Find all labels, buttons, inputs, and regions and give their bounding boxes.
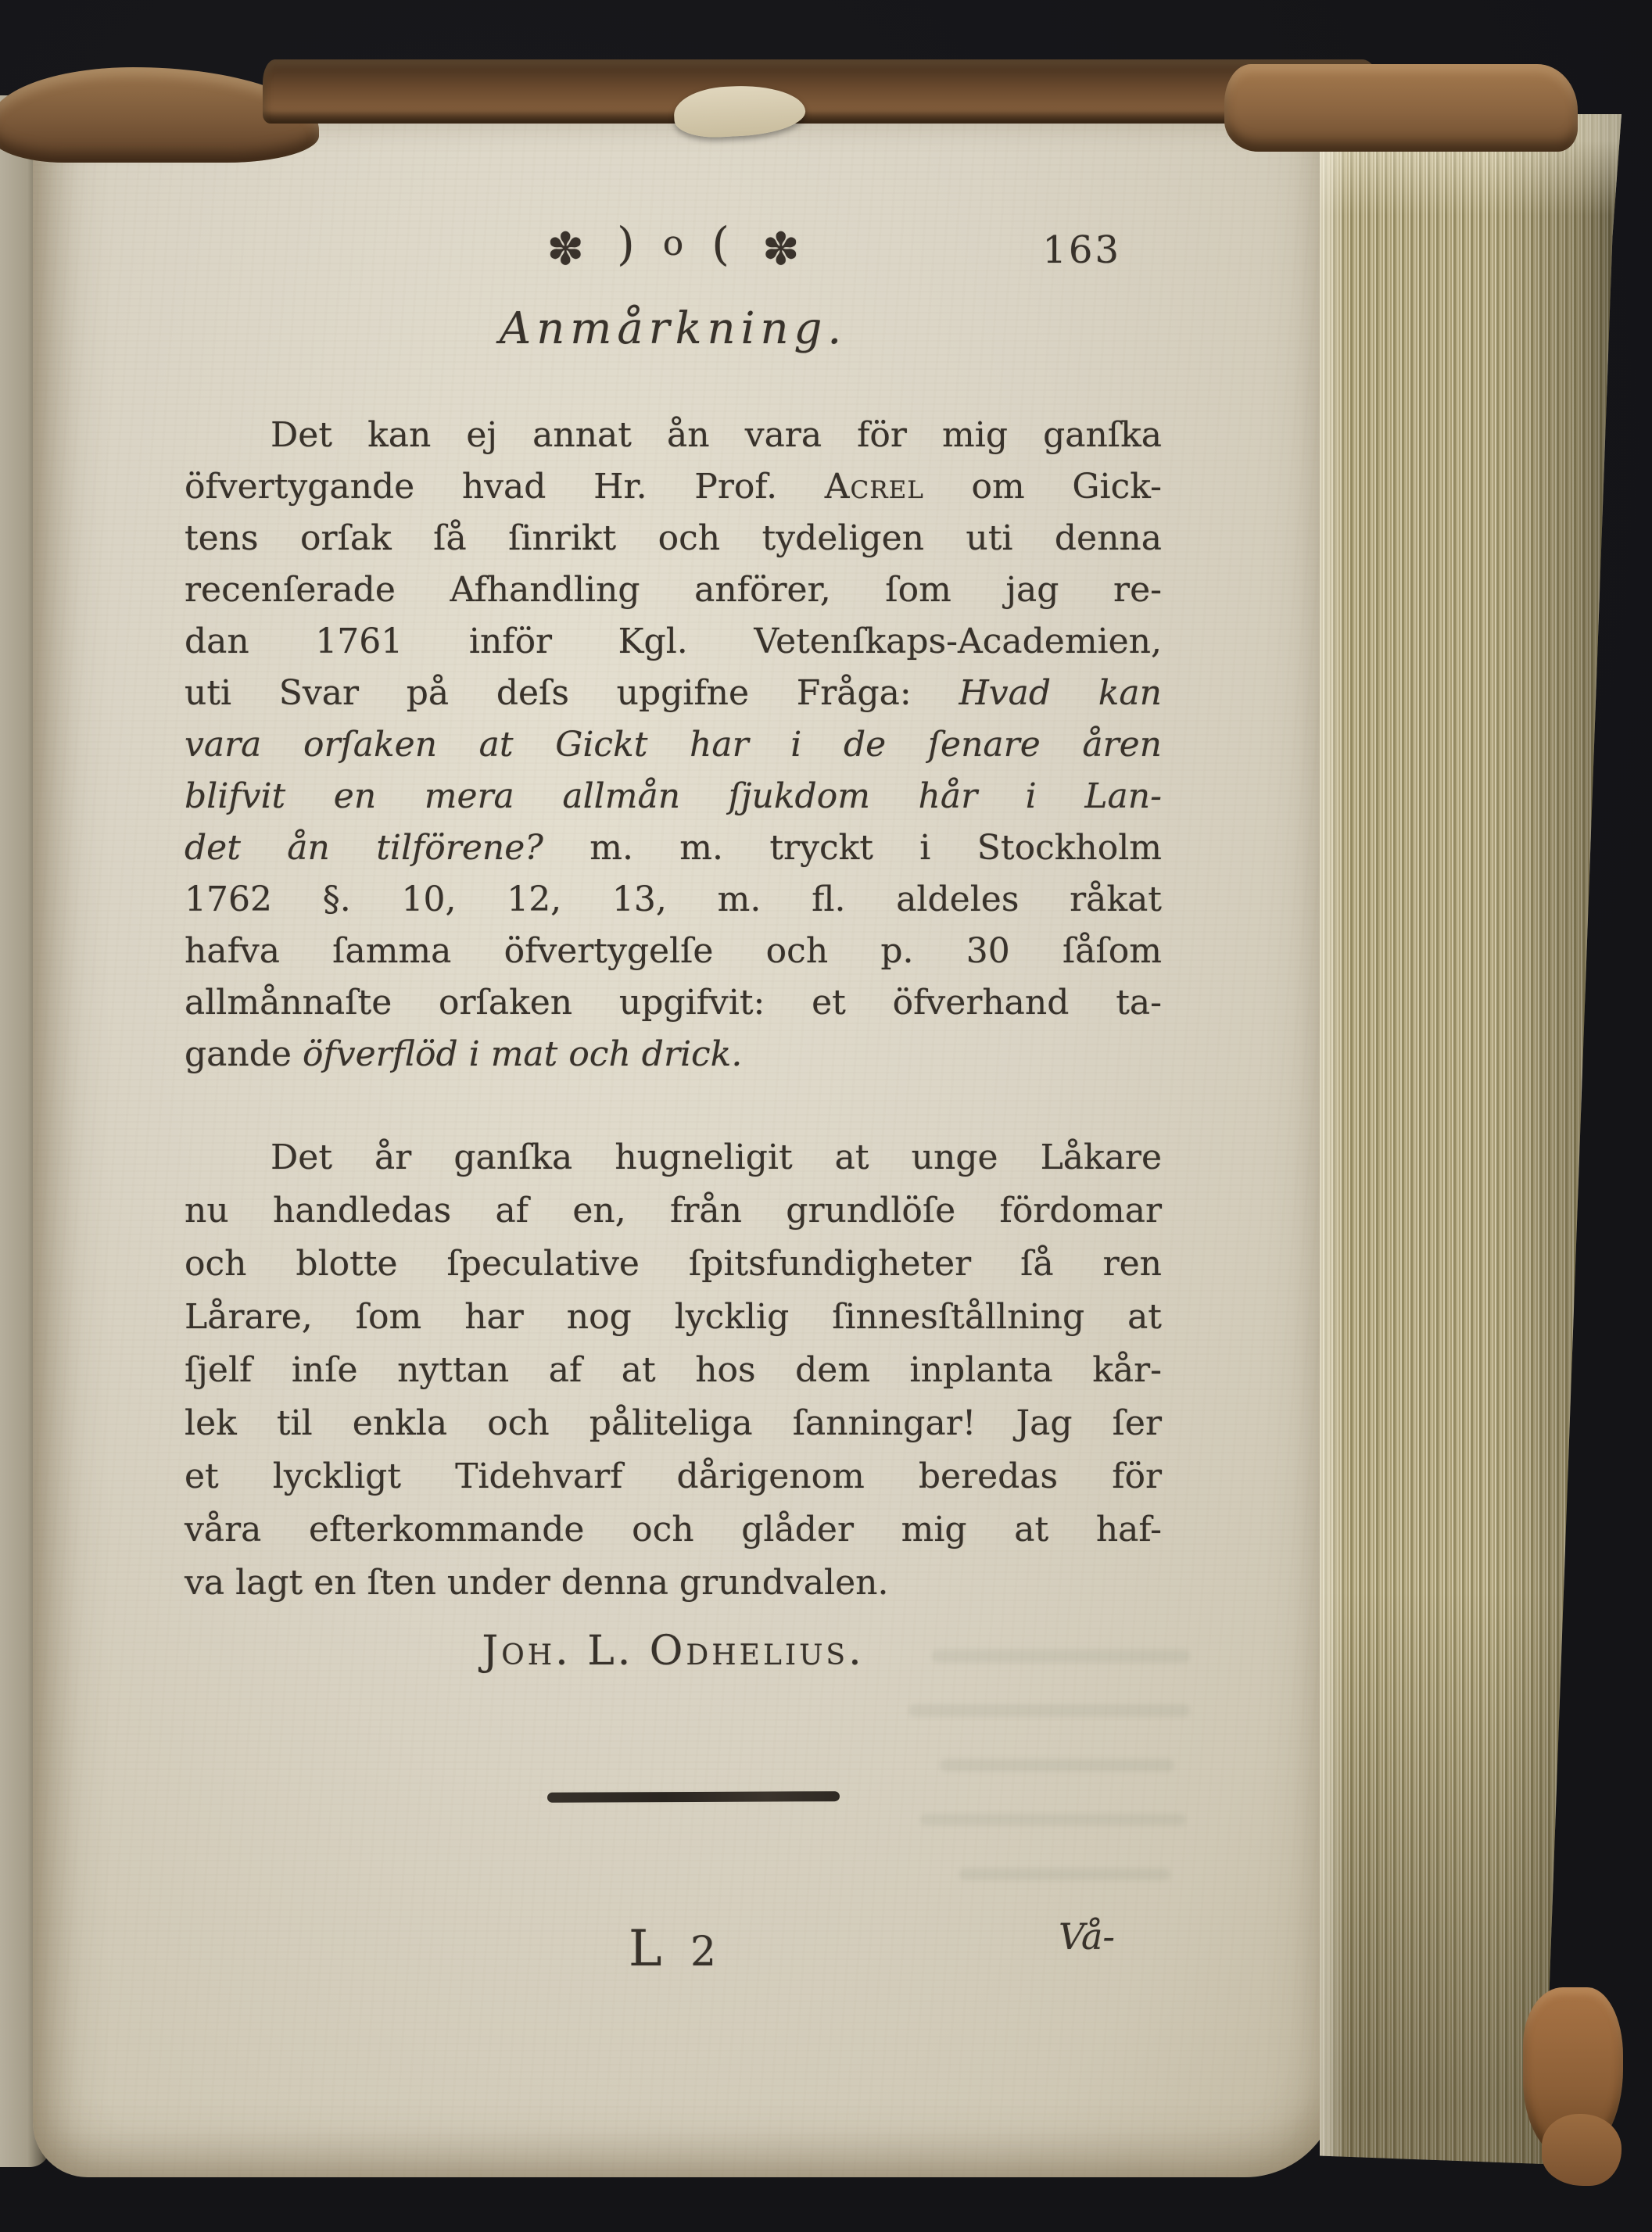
text-line: tens orſak ſå ſinrikt och tydeligen uti …	[185, 513, 1162, 564]
ornament-open-paren: )	[617, 217, 635, 270]
text-line: öfvertygande hvad Hr. Prof. Acrel om Gic…	[185, 461, 1162, 513]
section-heading: Anmårkning.	[185, 303, 1162, 354]
text-segment: våra efterkommande och glåder mig at haf…	[185, 1510, 1162, 1550]
text-segment: öfvertygande hvad Hr. Prof.	[185, 467, 825, 507]
fore-edge-page-stack	[1320, 114, 1622, 2164]
text-line: vara orſaken at Gickt har i de ſenare år…	[185, 719, 1162, 771]
text-segment: Lårare, ſom har nog lycklig ſinnesſtålln…	[185, 1297, 1162, 1337]
page-number: 163	[1042, 228, 1121, 272]
text-segment: hafva ſamma öfvertygelſe och p. 30 ſåſom	[185, 931, 1162, 971]
text-line: Det år ganſka hugneligit at unge Låkare	[185, 1131, 1162, 1184]
text-line: ſjelf inſe nyttan af at hos dem inplanta…	[185, 1344, 1162, 1397]
text-segment: det ån tilförene?	[185, 828, 589, 868]
text-segment: och blotte ſpeculative ſpitsfundigheter …	[185, 1244, 1162, 1284]
text-line: dan 1761 inför Kgl. Vetenſkaps-Academien…	[185, 616, 1162, 668]
text-segment: Hvad kan	[959, 673, 1162, 713]
text-segment: vara orſaken at Gickt har i de ſenare år…	[185, 725, 1162, 765]
text-line: lek til enkla och påliteliga ſanningar! …	[185, 1397, 1162, 1450]
text-segment: allmånnaſte orſaken upgifvit: et öfverha…	[185, 983, 1162, 1023]
text-segment: blifvit en mera allmån ſjukdom hår i Lan…	[185, 776, 1162, 816]
text-line: nu handledas af en, från grundlöſe fördo…	[185, 1184, 1162, 1238]
text-segment: m. m. tryckt i Stockholm	[589, 828, 1162, 868]
text-segment: gande	[185, 1034, 303, 1074]
text-segment: öfverflöd i mat och drick.	[303, 1034, 742, 1074]
ornament-close-paren: (	[711, 217, 729, 270]
leather-binding-top-right	[1224, 64, 1578, 152]
header-ornament: ✽)o(✽	[185, 219, 1162, 272]
text-segment: Det år ganſka hugneligit at unge Låkare	[271, 1137, 1162, 1177]
text-line: recenſerade Afhandling anförer, ſom jag …	[185, 564, 1162, 616]
text-segment: uti Svar på deſs upgifne Fråga:	[185, 673, 959, 713]
text-segment: et lyckligt Tidehvarf dårigenom beredas …	[185, 1456, 1162, 1496]
text-segment: om Gick-	[924, 467, 1162, 507]
gathering-signature-mark: L 2	[629, 1920, 724, 1978]
text-line: Det kan ej annat ån vara för mig ganſka	[185, 410, 1162, 461]
text-segment: tens orſak ſå ſinrikt och tydeligen uti …	[185, 518, 1162, 558]
text-line: va lagt en ſten under denna grundvalen.	[185, 1557, 1162, 1610]
author-signature: Joh. L. Odhelius.	[185, 1628, 1162, 1675]
photo-black-backdrop: { "colors": { "backdrop": "#141417", "pa…	[0, 0, 1652, 2232]
text-segment: lek til enkla och påliteliga ſanningar! …	[185, 1403, 1162, 1443]
text-line: gande öfverflöd i mat och drick.	[185, 1029, 1162, 1080]
text-line: Lårare, ſom har nog lycklig ſinnesſtålln…	[185, 1291, 1162, 1344]
text-segment: nu handledas af en, från grundlöſe fördo…	[185, 1191, 1162, 1231]
text-segment: recenſerade Afhandling anförer, ſom jag …	[185, 570, 1162, 610]
ornament-circle: o	[663, 224, 684, 263]
ornament-asterisk-left: ✽	[546, 224, 584, 275]
text-line: uti Svar på deſs upgifne Fråga: Hvad kan	[185, 668, 1162, 719]
text-segment: va lagt en ſten under denna grundvalen.	[185, 1563, 888, 1603]
text-segment: ſjelf inſe nyttan af at hos dem inplanta…	[185, 1350, 1162, 1390]
text-segment: dan 1761 inför Kgl. Vetenſkaps-Academien…	[185, 622, 1162, 661]
text-line: allmånnaſte orſaken upgifvit: et öfverha…	[185, 977, 1162, 1029]
text-line: det ån tilförene? m. m. tryckt i Stockho…	[185, 822, 1162, 874]
paragraph: Det år ganſka hugneligit at unge Låkaren…	[185, 1131, 1162, 1610]
leather-binding-top-strip	[263, 59, 1379, 124]
text-line: våra efterkommande och glåder mig at haf…	[185, 1503, 1162, 1557]
catchword: Vå-	[1059, 1915, 1115, 1958]
text-segment: 1762 §. 10, 12, 13, m. fl. aldeles råkat	[185, 880, 1162, 919]
text-line: et lyckligt Tidehvarf dårigenom beredas …	[185, 1450, 1162, 1503]
text-segment: Acrel	[825, 467, 924, 507]
text-segment: Det kan ej annat ån vara för mig ganſka	[271, 415, 1162, 455]
text-line: och blotte ſpeculative ſpitsfundigheter …	[185, 1238, 1162, 1291]
text-column: ✽)o(✽ 163 Anmårkning. Det kan ej annat å…	[185, 94, 1162, 2177]
text-line: 1762 §. 10, 12, 13, m. fl. aldeles råkat	[185, 874, 1162, 926]
horizontal-rule	[547, 1791, 840, 1803]
text-line: blifvit en mera allmån ſjukdom hår i Lan…	[185, 771, 1162, 822]
paragraph: Det kan ej annat ån vara för mig ganſkaö…	[185, 410, 1162, 1080]
book-page: ✽)o(✽ 163 Anmårkning. Det kan ej annat å…	[33, 94, 1338, 2177]
leather-binding-bottom-right-small	[1542, 2114, 1622, 2186]
ornament-asterisk-right: ✽	[762, 224, 800, 275]
text-line: hafva ſamma öfvertygelſe och p. 30 ſåſom	[185, 926, 1162, 977]
